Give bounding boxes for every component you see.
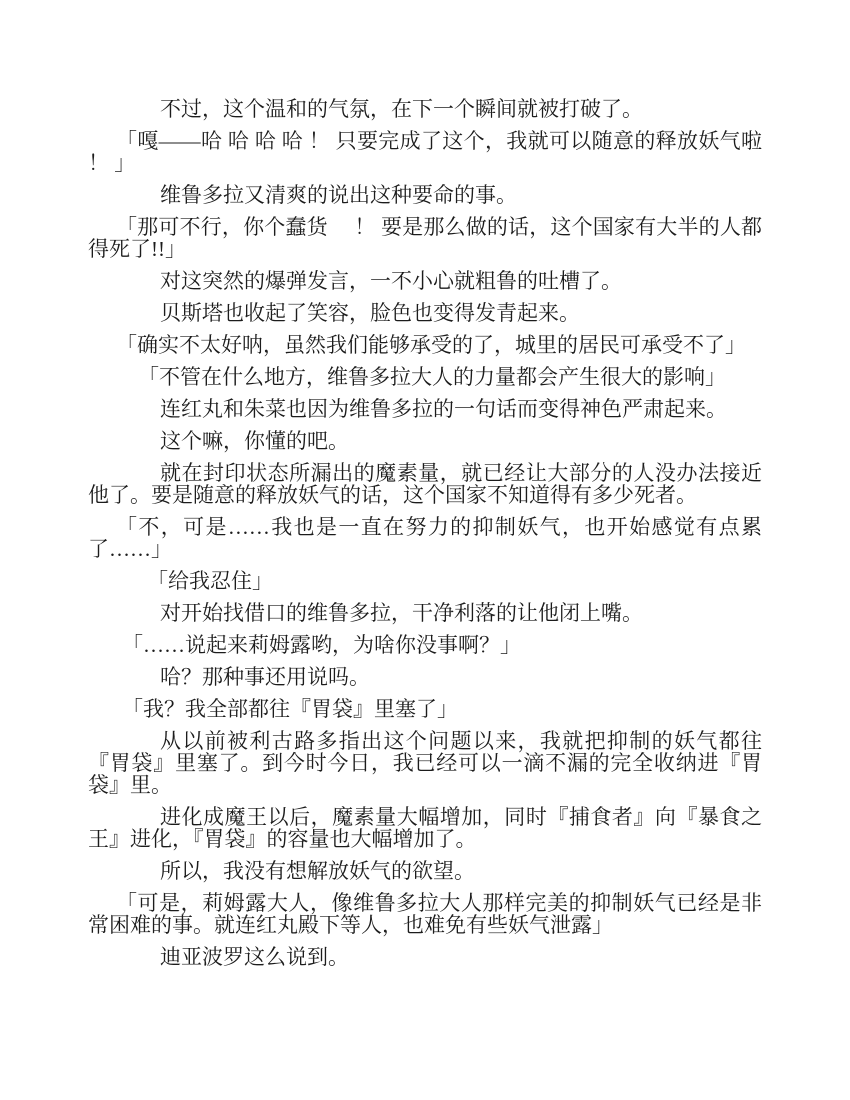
novel-text-body: 不过，这个温和的气氛，在下一个瞬间就被打破了。「嘎——哈 哈 哈 哈 ！ 只要完…	[88, 98, 762, 968]
paragraph: 「……说起来莉姆露哟，为啥你没事啊？」	[88, 634, 762, 656]
paragraph: 就在封印状态所漏出的魔素量，就已经让大部分的人没办法接近他了。要是随意的释放妖气…	[88, 462, 762, 506]
paragraph: 对开始找借口的维鲁多拉，干净利落的让他闭上嘴。	[88, 602, 762, 624]
paragraph: 贝斯塔也收起了笑容，脸色也变得发青起来。	[88, 302, 762, 324]
paragraph: 「嘎——哈 哈 哈 哈 ！ 只要完成了这个，我就可以随意的释放妖气啦 ！ 」	[88, 130, 762, 174]
paragraph: 迪亚波罗这么说到。	[88, 946, 762, 968]
paragraph: 这个嘛，你懂的吧。	[88, 430, 762, 452]
paragraph: 不过，这个温和的气氛，在下一个瞬间就被打破了。	[88, 98, 762, 120]
paragraph: 「给我忍住」	[88, 570, 762, 592]
paragraph: 连红丸和朱菜也因为维鲁多拉的一句话而变得神色严肃起来。	[88, 398, 762, 420]
paragraph: 「那可不行，你个蠢货 ！ 要是那么做的话，这个国家有大半的人都得死了!!」	[88, 216, 762, 260]
paragraph: 所以，我没有想解放妖气的欲望。	[88, 860, 762, 882]
paragraph: 「我？我全部都往『胃袋』里塞了」	[88, 698, 762, 720]
paragraph: 维鲁多拉又清爽的说出这种要命的事。	[88, 184, 762, 206]
paragraph: 哈？那种事还用说吗。	[88, 666, 762, 688]
paragraph: 「不管在什么地方，维鲁多拉大人的力量都会产生很大的影响」	[88, 366, 762, 388]
paragraph: 对这突然的爆弹发言，一不小心就粗鲁的吐槽了。	[88, 270, 762, 292]
paragraph: 「不，可是……我也是一直在努力的抑制妖气，也开始感觉有点累了……」	[88, 516, 762, 560]
novel-reader-page: 不过，这个温和的气氛，在下一个瞬间就被打破了。「嘎——哈 哈 哈 哈 ！ 只要完…	[0, 0, 850, 1100]
paragraph: 「确实不太好呐，虽然我们能够承受的了，城里的居民可承受不了」	[88, 334, 762, 356]
paragraph: 「可是，莉姆露大人，像维鲁多拉大人那样完美的抑制妖气已经是非常困难的事。就连红丸…	[88, 892, 762, 936]
paragraph: 从以前被利古路多指出这个问题以来，我就把抑制的妖气都往『胃袋』里塞了。到今时今日…	[88, 730, 762, 796]
paragraph: 进化成魔王以后，魔素量大幅增加，同时『捕食者』向『暴食之王』进化，『胃袋』的容量…	[88, 806, 762, 850]
